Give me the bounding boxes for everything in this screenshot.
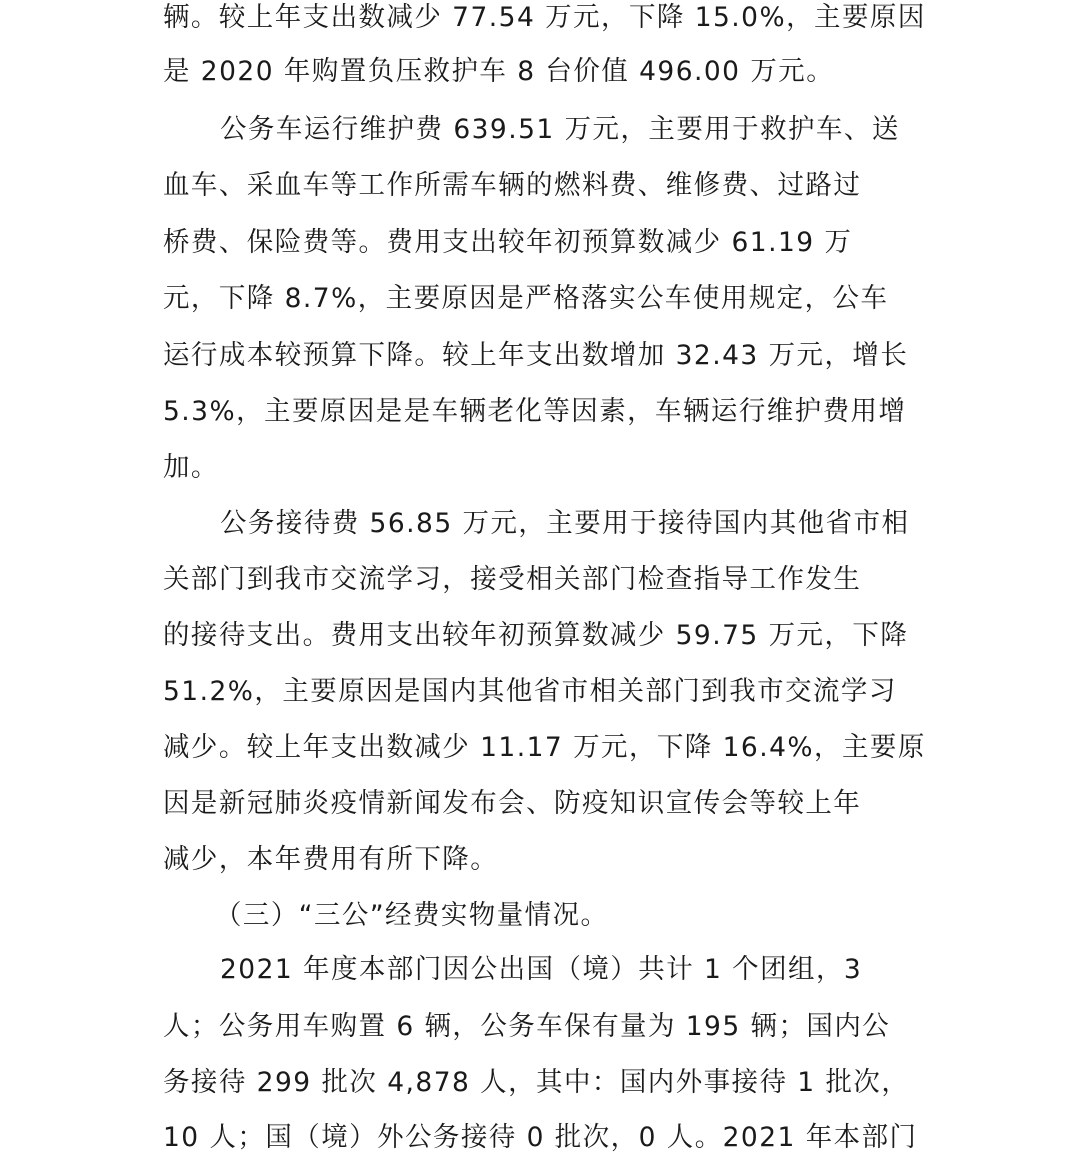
text-line: 人；公务用车购置 6 辆，公务车保有量为 195 辆；国内公 — [163, 1009, 890, 1045]
paragraph-start-reception-fee: 公务接待费 56.85 万元，主要用于接待国内其他省市相 — [220, 506, 909, 542]
text-line: 是 2020 年购置负压救护车 8 台价值 496.00 万元。 — [163, 54, 834, 90]
text-line: 因是新冠肺炎疫情新闻发布会、防疫知识宣传会等较上年 — [163, 786, 861, 822]
text-line: 5.3%，主要原因是是车辆老化等因素，车辆运行维护费用增 — [163, 394, 906, 430]
section-heading: （三）“三公”经费实物量情况。 — [215, 898, 608, 934]
text-line: 运行成本较预算下降。较上年支出数增加 32.43 万元，增长 — [163, 338, 908, 374]
text-line: 关部门到我市交流学习，接受相关部门检查指导工作发生 — [163, 562, 861, 598]
paragraph-start-physical-quantity: 2021 年度本部门因公出国（境）共计 1 个团组，3 — [220, 952, 862, 988]
text-line: 血车、采血车等工作所需车辆的燃料费、维修费、过路过 — [163, 168, 861, 204]
text-line: 加。 — [163, 450, 219, 486]
text-line: 桥费、保险费等。费用支出较年初预算数减少 61.19 万 — [163, 225, 852, 261]
paragraph-start-vehicle-maintenance: 公务车运行维护费 639.51 万元，主要用于救护车、送 — [220, 112, 900, 148]
document-page: 辆。较上年支出数减少 77.54 万元，下降 15.0%，主要原因 是 2020… — [0, 0, 1075, 1155]
text-line: 元，下降 8.7%，主要原因是严格落实公车使用规定，公车 — [163, 281, 888, 317]
text-line: 减少，本年费用有所下降。 — [163, 842, 498, 878]
text-line: 的接待支出。费用支出较年初预算数减少 59.75 万元，下降 — [163, 618, 908, 654]
text-line: 51.2%，主要原因是国内其他省市相关部门到我市交流学习 — [163, 674, 897, 710]
text-line: 减少。较上年支出数减少 11.17 万元，下降 16.4%，主要原 — [163, 730, 926, 766]
text-line: 务接待 299 批次 4,878 人，其中：国内外事接待 1 批次， — [163, 1065, 909, 1101]
text-line: 辆。较上年支出数减少 77.54 万元，下降 15.0%，主要原因 — [163, 0, 926, 36]
text-line: 10 人；国（境）外公务接待 0 批次，0 人。2021 年本部门 — [163, 1120, 917, 1155]
